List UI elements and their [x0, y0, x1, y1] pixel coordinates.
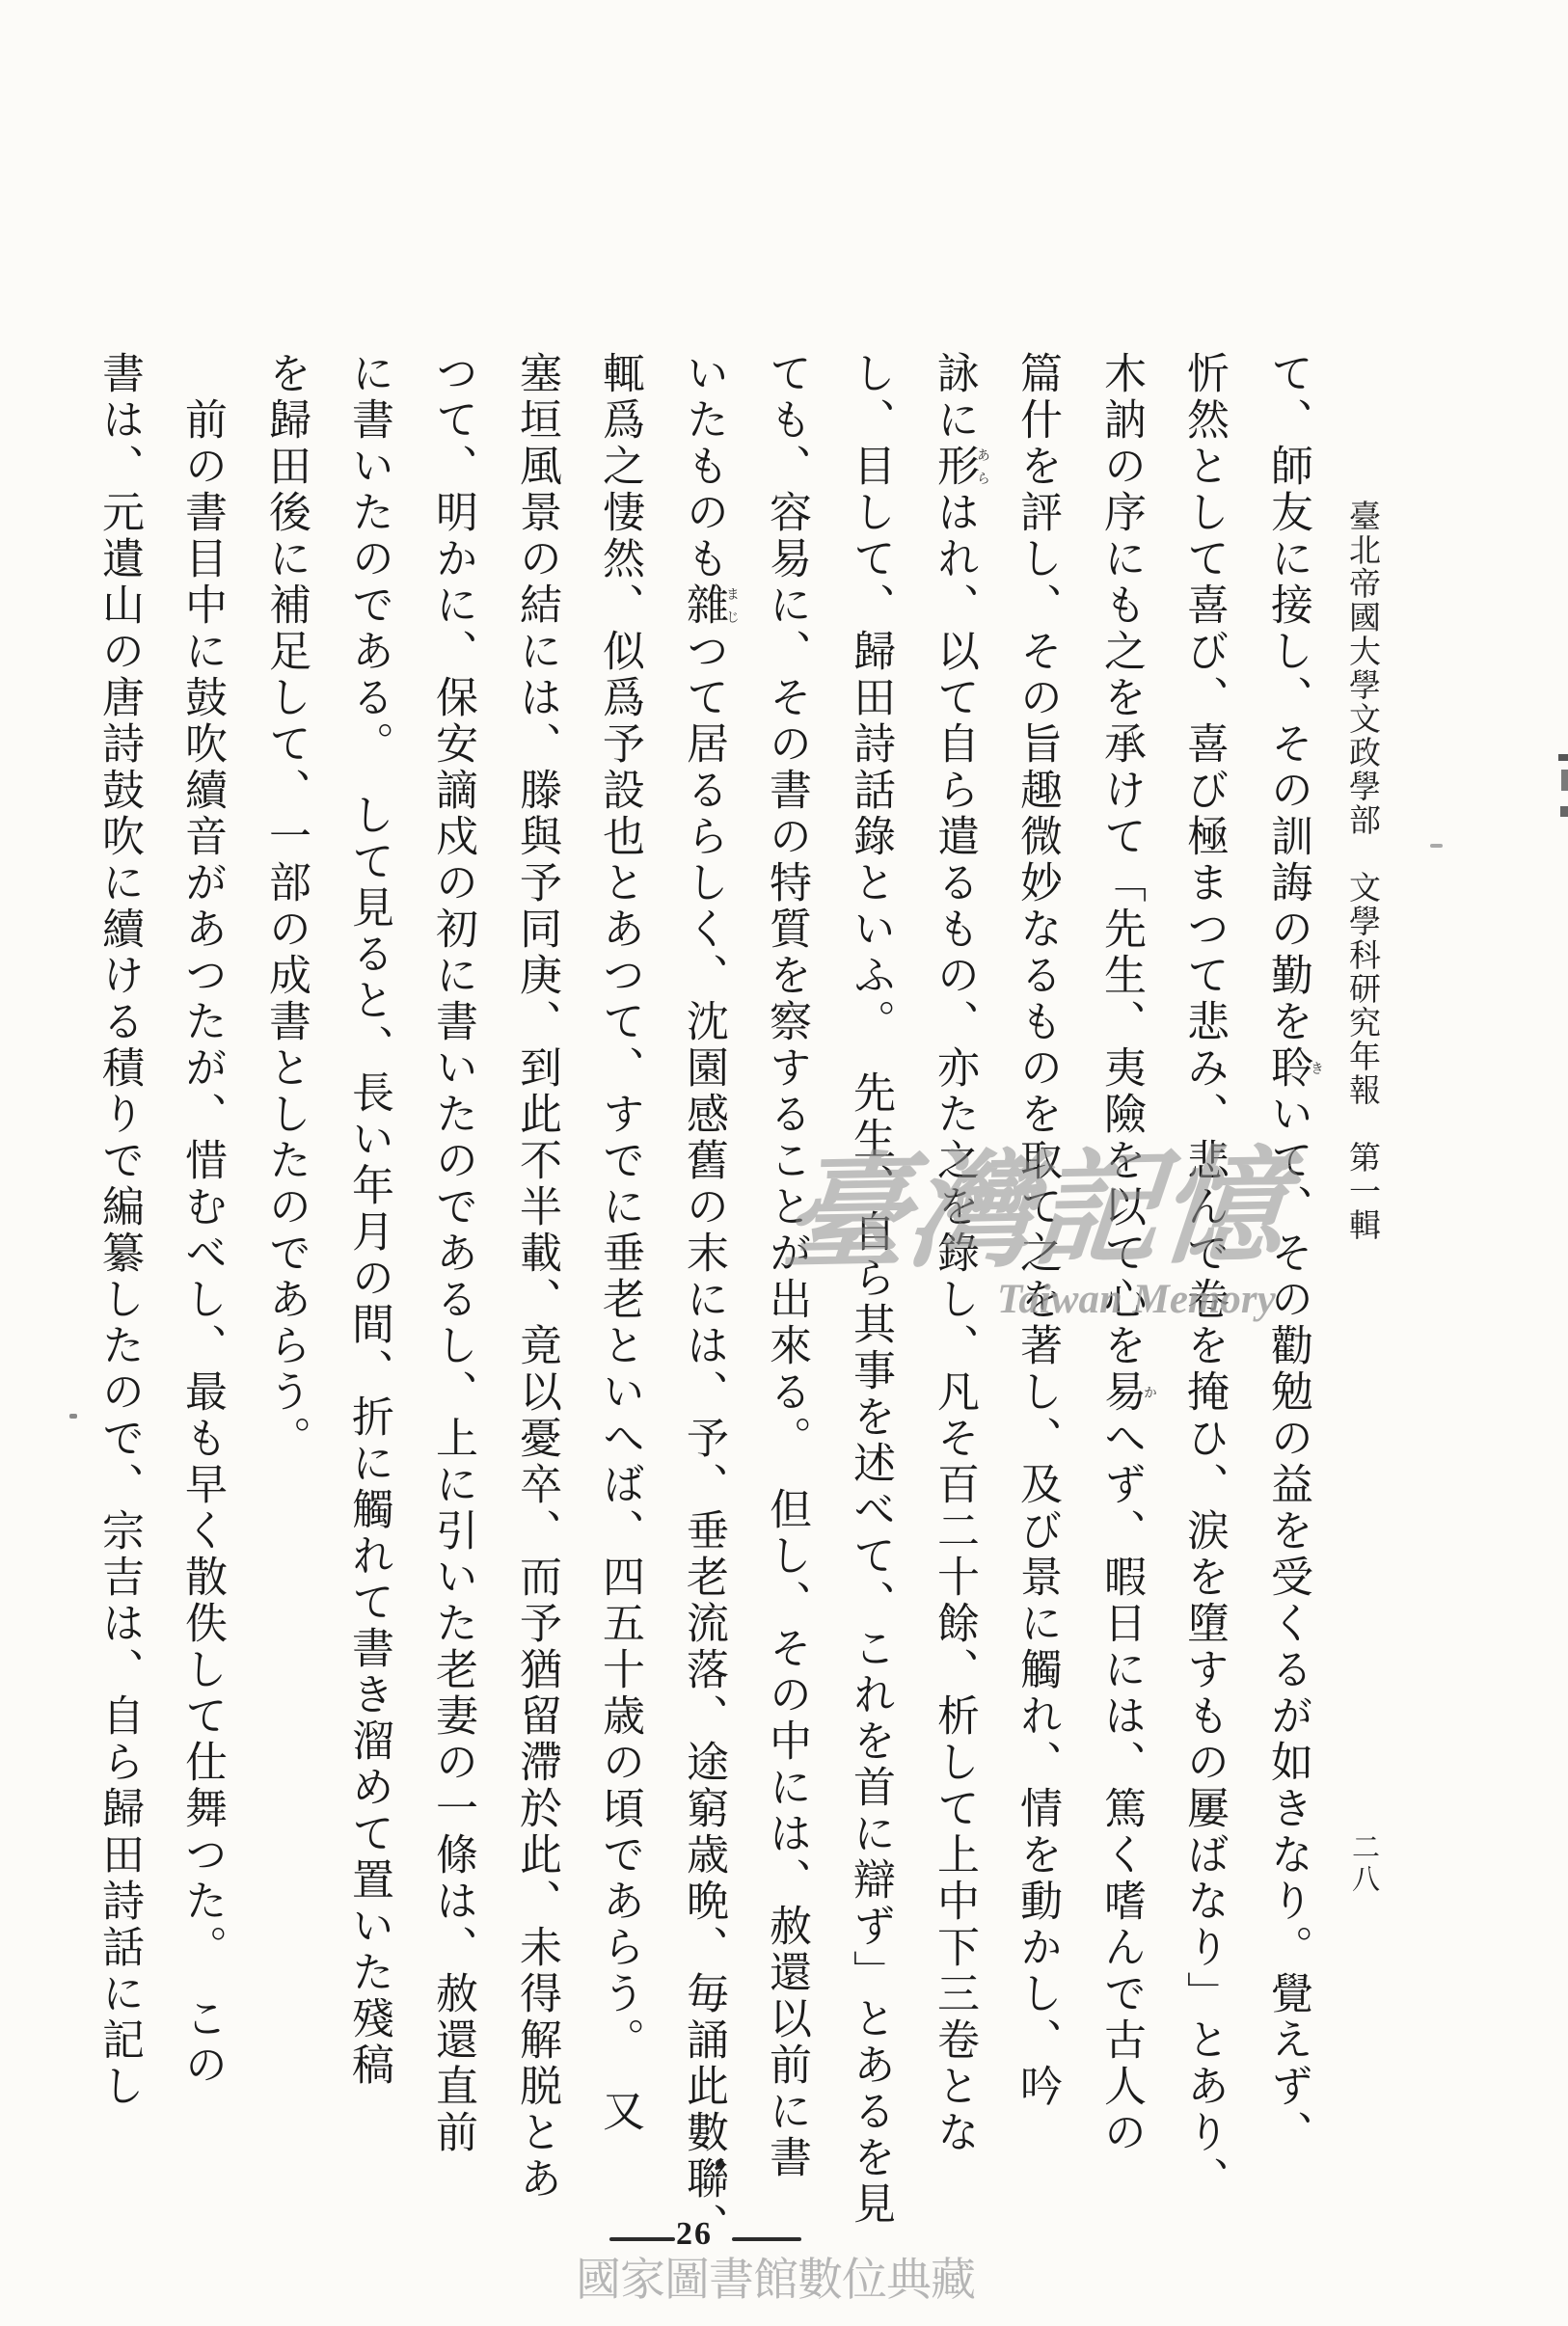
- text-column-9: 輒爲之悽然、似爲予設也とあつて、すでに垂老といへば、四五十歳の頃であらう。 又: [598, 351, 640, 2309]
- footer-rule-left: [609, 2237, 675, 2241]
- ruby-annotated-char: 形あら: [931, 444, 978, 490]
- text-column-13: を歸田後に補足して、一部の成書としたのであらう。: [264, 351, 307, 2309]
- running-head: 臺北帝國大學文政學部 文學科研究年報 第一輯: [1345, 500, 1377, 1242]
- folio-number-kanji: 二八: [1349, 1832, 1377, 1896]
- footer-rule-right: [732, 2237, 801, 2241]
- taiwan-memory-watermark-cjk: 臺灣記憶: [777, 1145, 1289, 1279]
- text-column-6: し、目して、歸田詩話錄といふ。 先生、自ら其事を述べて、これを首に辯ず」とあるを…: [849, 351, 891, 2309]
- taiwan-memory-watermark-latin: Taiwan Memory: [997, 1279, 1276, 1320]
- text-column-8: いたものも雜まじつて居るらしく、沈園感舊の末には、予、垂老流落、途窮歳晩、毎誦此…: [682, 351, 739, 2309]
- scan-edge-artifact: [1558, 754, 1568, 761]
- text-column-4: 篇什を評し、その旨趣微妙なるものを取て之を著し、及び景に觸れ、情を動かし、吟: [1015, 351, 1058, 2309]
- text-column-12: に書いたのである。 して見ると、長い年月の間、折に觸れて書き溜めて置いた殘稿: [347, 351, 390, 2309]
- text-column-15: 書は、元遺山の唐詩鼓吹に續ける積りで編纂したので、宗吉は、自ら歸田詩話に記し: [97, 351, 140, 2309]
- text-column-3: 木訥の序にも之を承けて「先生、夷險を以て心を易かへず、暇日には、篤く嗜んで古人の: [1099, 351, 1156, 2309]
- text-column-5: 詠に形あらはれ、以て自ら遣るもの、亦た之を錄し、凡そ百二十餘、析して上中下三卷と…: [933, 351, 989, 2309]
- text-column-10: 塞垣風景の結には、滕與予同庚、到此不半載、竟以憂卒、而予猶留滯於此、未得解脱とあ: [515, 351, 557, 2309]
- text-column-2: 忻然として喜び、喜び極まつて悲み、悲んで卷を掩ひ、涙を墮すもの屢ばなり」とあり、: [1182, 351, 1225, 2309]
- scan-edge-artifact: [1560, 806, 1568, 817]
- ruby-annotated-char: 雜まじ: [680, 582, 727, 629]
- text-column-7: ても、容易に、その書の特質を察することが出來る。 但し、その中には、赦還以前に書: [765, 351, 807, 2309]
- scan-speck: [1430, 844, 1443, 848]
- scanned-document-page: 臺北帝國大學文政學部 文學科研究年報 第一輯 二八 て、師友に接し、その訓誨の勤…: [0, 0, 1568, 2326]
- ruby-annotated-char: 易か: [1097, 1369, 1145, 1416]
- scan-edge-artifact: [1561, 770, 1568, 791]
- text-column-11: つて、明かに、保安謫戍の初に書いたのであるし、上に引いた老妻の一條は、赦還直前: [431, 351, 473, 2309]
- footer-page-number: 26: [676, 2216, 713, 2253]
- text-column-14: 前の書目中に鼓吹續音があつたが、惜むべし、最も早く散佚して仕舞つた。 この: [180, 351, 223, 2309]
- text-column-1: て、師友に接し、その訓誨の勤を聆きいて、その勸勉の益を受くるが如きなり。覺えず、: [1266, 351, 1323, 2309]
- ruby-annotated-char: 聆き: [1264, 1045, 1311, 1092]
- scan-speck: [69, 1414, 77, 1419]
